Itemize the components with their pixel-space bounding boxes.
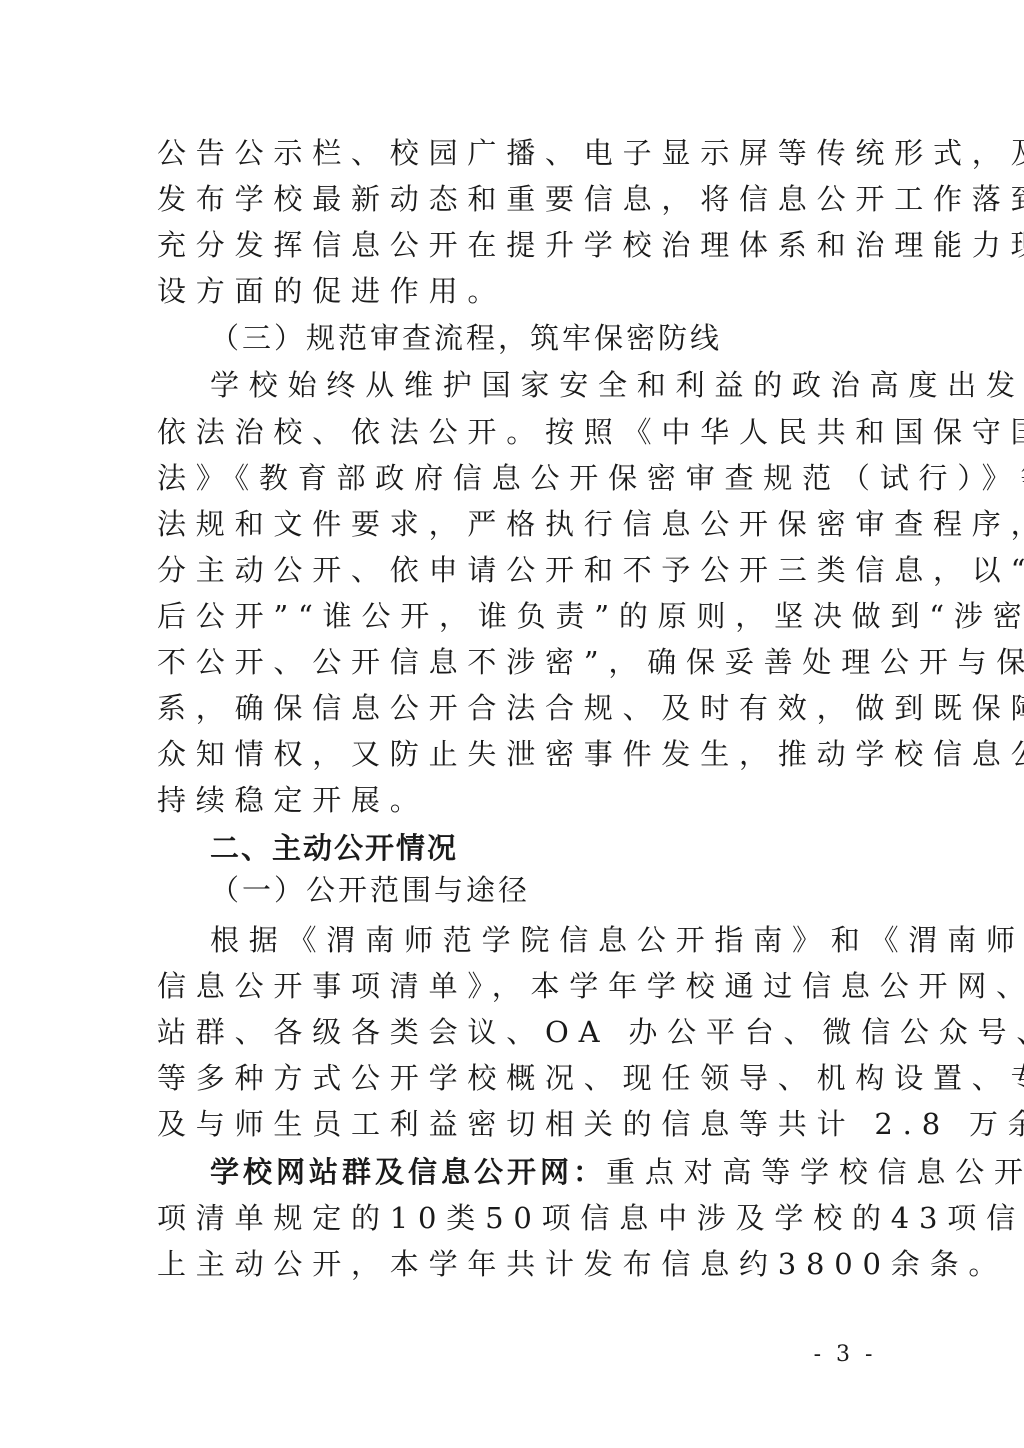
body-text-line: 等多种方式公开学校概况、现任领导、机构设置、专业设置 bbox=[157, 1058, 860, 1098]
body-text-line: 法》《教育部政府信息公开保密审查规范（试行）》等法律 bbox=[157, 458, 860, 498]
body-text-line: 众知情权，又防止失泄密事件发生，推动学校信息公开工作 bbox=[157, 734, 860, 774]
body-text-line: 及与师生员工利益密切相关的信息等共计 2.8 万余条。 bbox=[157, 1104, 860, 1144]
body-text-line: 根据《渭南师范学院信息公开指南》和《渭南师范学院 bbox=[210, 920, 860, 960]
body-text-line: 充分发挥信息公开在提升学校治理体系和治理能力现代化建 bbox=[157, 225, 860, 265]
body-text-line: 法规和文件要求，严格执行信息公开保密审查程序，严格区 bbox=[157, 504, 860, 544]
subsection-heading-1: （一）公开范围与途径 bbox=[210, 870, 860, 910]
body-text-line: 不公开、公开信息不涉密”，确保妥善处理公开与保密的关 bbox=[157, 642, 860, 682]
body-text-line: 站群、各级各类会议、OA 办公平台、微信公众号、校园广播 bbox=[157, 1012, 860, 1052]
body-text-span: 重点对高等学校信息公开事 bbox=[606, 1155, 1024, 1189]
section-heading-3: （三）规范审查流程，筑牢保密防线 bbox=[210, 318, 860, 358]
bold-lead-text: 学校网站群及信息公开网： bbox=[210, 1155, 606, 1189]
body-text-line: 发布学校最新动态和重要信息，将信息公开工作落到实处， bbox=[157, 179, 860, 219]
section-heading-2: 二、主动公开情况 bbox=[210, 828, 860, 868]
body-text-line: 依法治校、依法公开。按照《中华人民共和国保守国家秘密 bbox=[157, 412, 860, 452]
body-text-line: 上主动公开，本学年共计发布信息约3800余条。 bbox=[157, 1244, 860, 1284]
body-text-line: 设方面的促进作用。 bbox=[157, 271, 860, 311]
page-number: - 3 - bbox=[800, 1342, 890, 1367]
body-text-line: 后公开”“谁公开，谁负责”的原则，坚决做到“涉密信息 bbox=[157, 596, 860, 636]
body-text-line: 学校始终从维护国家安全和利益的政治高度出发，坚持 bbox=[210, 365, 860, 405]
body-text-line: 分主动公开、依申请公开和不予公开三类信息，以“先审查， bbox=[157, 550, 860, 590]
body-text-line: 持续稳定开展。 bbox=[157, 780, 860, 820]
body-text-line: 信息公开事项清单》，本学年学校通过信息公开网、学校网 bbox=[157, 966, 860, 1006]
body-text-line: 系，确保信息公开合法合规、及时有效，做到既保障社会公 bbox=[157, 688, 860, 728]
body-text-line: 学校网站群及信息公开网：重点对高等学校信息公开事 bbox=[210, 1152, 860, 1192]
body-text-line: 项清单规定的10类50项信息中涉及学校的43项信息进行网 bbox=[157, 1198, 860, 1238]
body-text-line: 公告公示栏、校园广播、电子显示屏等传统形式，及时更新、 bbox=[157, 133, 860, 173]
document-page: 公告公示栏、校园广播、电子显示屏等传统形式，及时更新、 发布学校最新动态和重要信… bbox=[0, 0, 1024, 1448]
